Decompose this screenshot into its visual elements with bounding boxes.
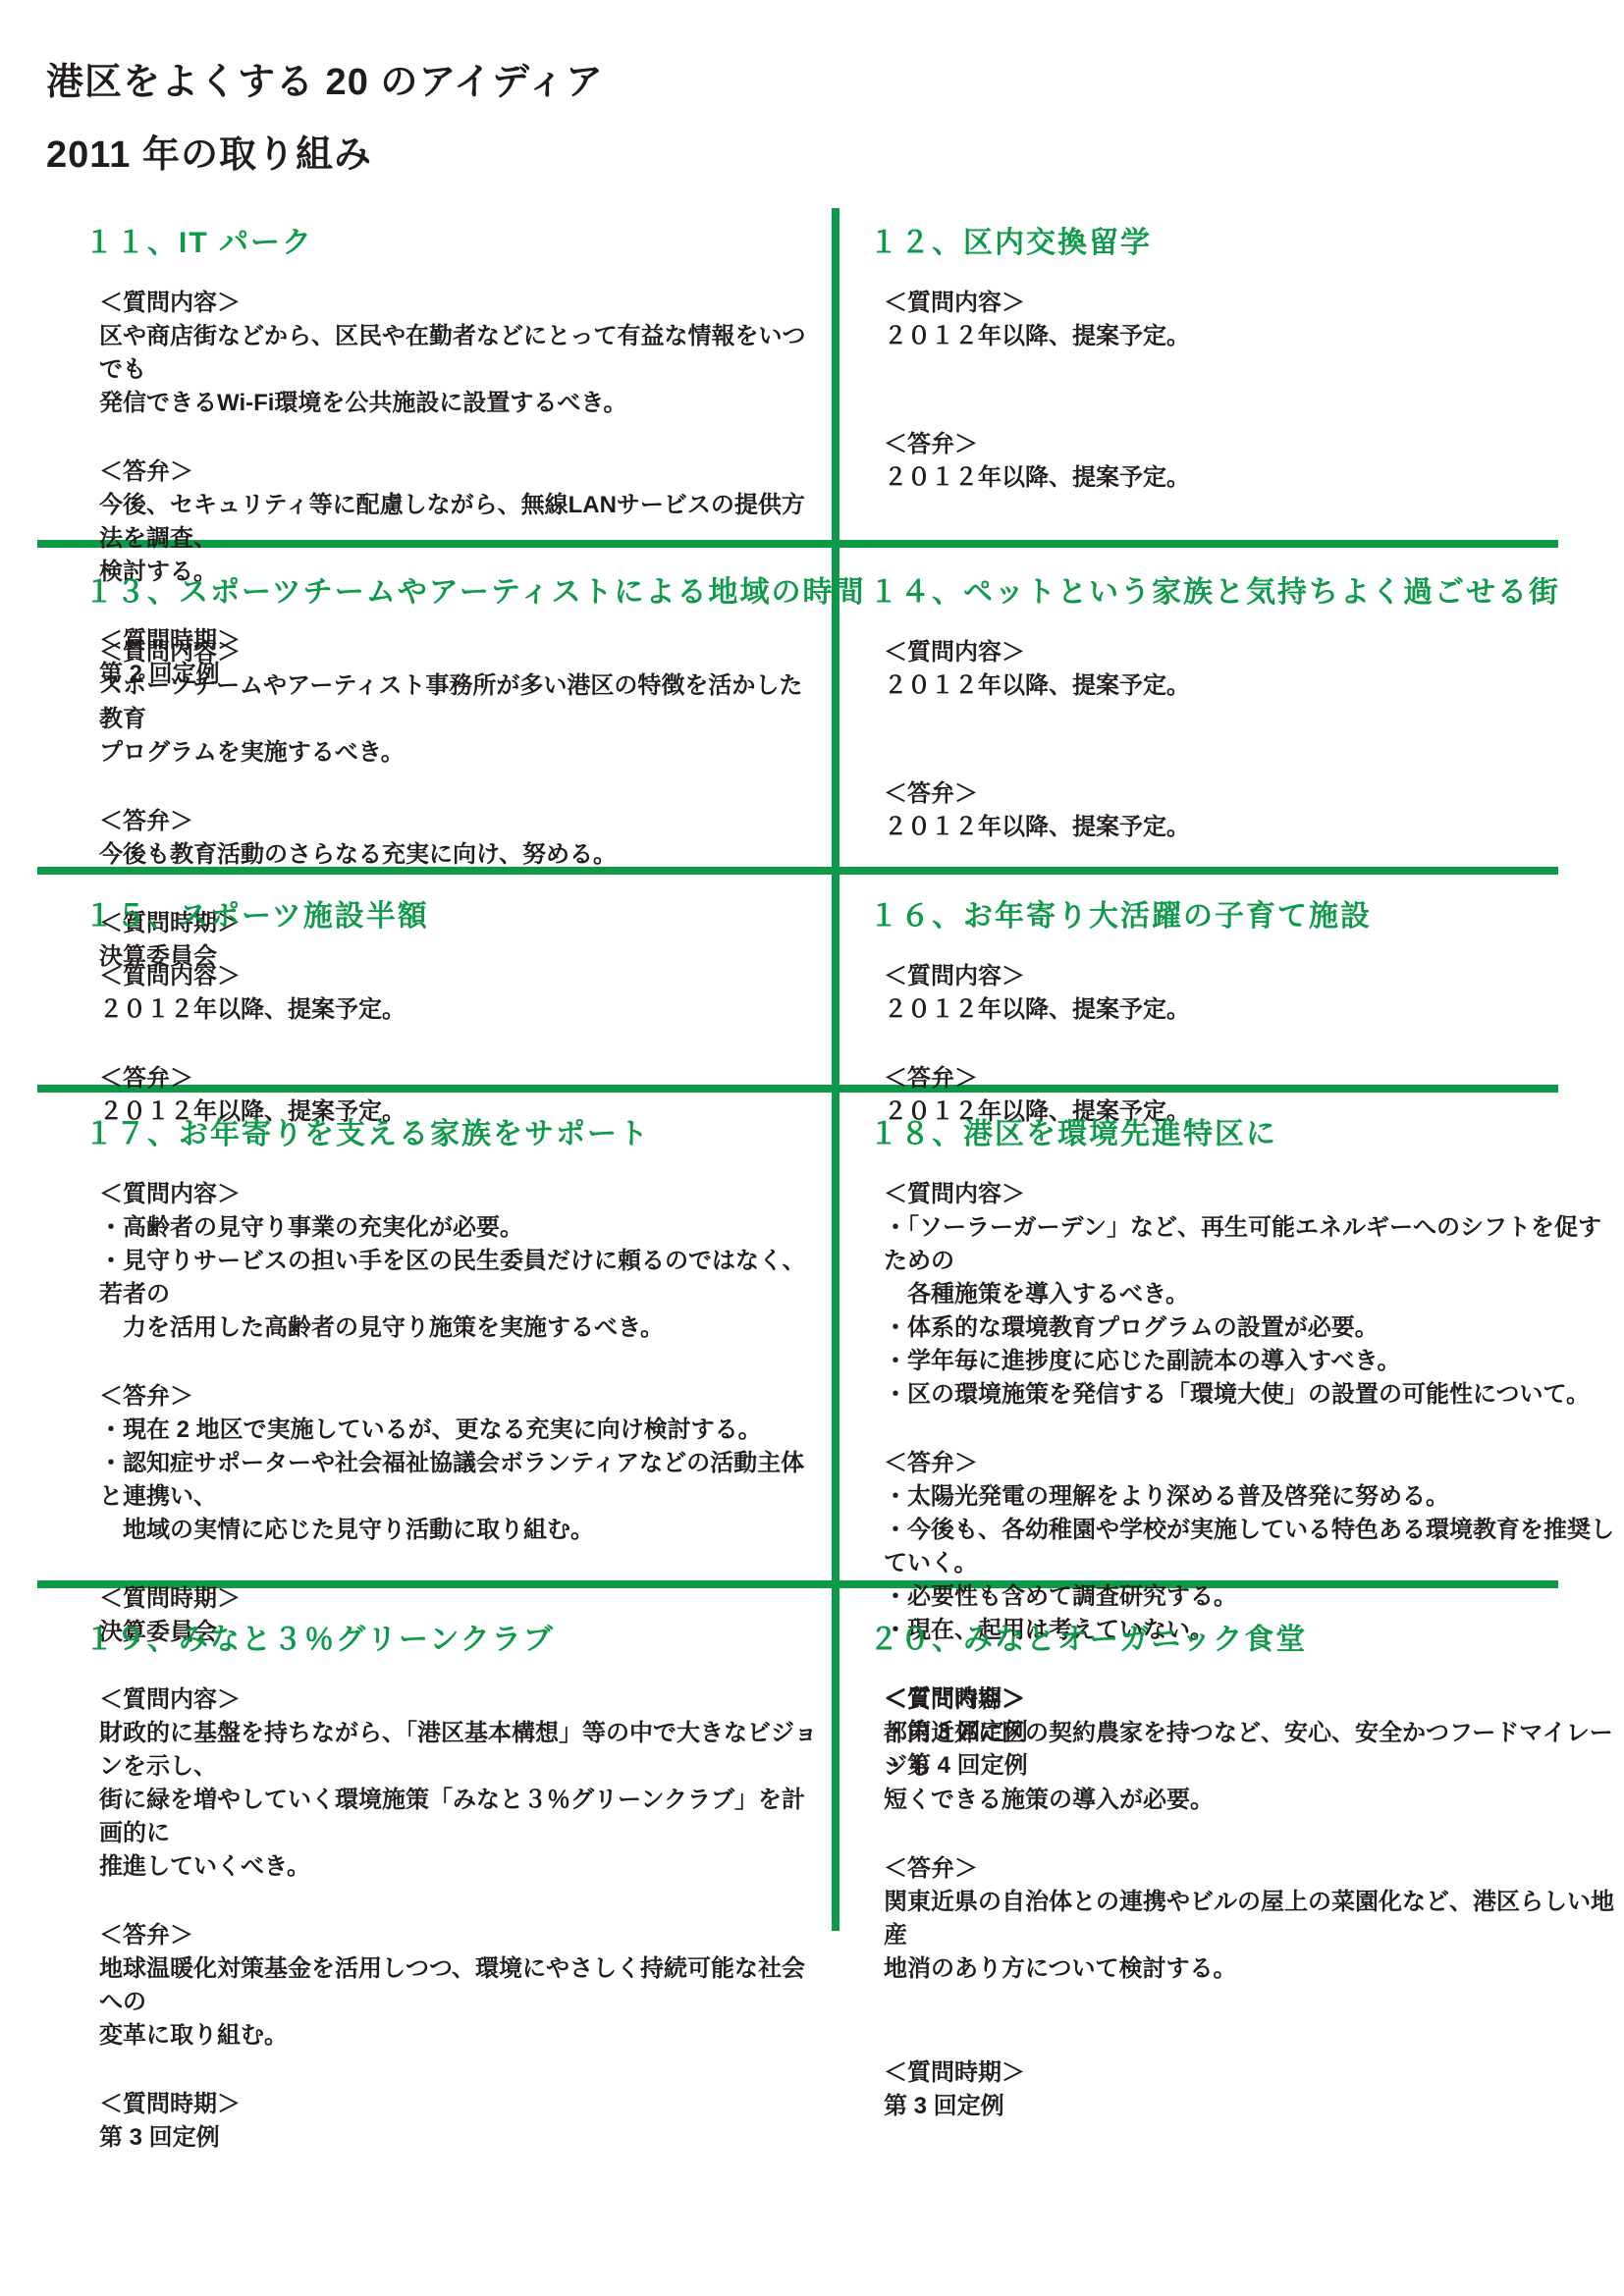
answer-text: 関東近県の自治体との連携やビルの屋上の菜園化など、港区らしい地産 地消のあり方に… [884, 1886, 1617, 1986]
answer-label: ＜答弁＞ [884, 428, 1617, 461]
answer-block: ＜答弁＞ ２０１２年以降、提案予定。 [884, 428, 1617, 495]
answer-text: ２０１２年以降、提案予定。 [884, 811, 1617, 844]
question-label: ＜質問内容＞ [884, 636, 1617, 669]
period-text: 第 3 回定例 [99, 2121, 819, 2155]
section-12: １２、区内交換留学 ＜質問内容＞ ２０１２年以降、提案予定。 ＜答弁＞ ２０１２… [869, 218, 1617, 530]
answer-text: ・現在 2 地区で実施しているが、更なる充実に向け検討する。 ・認知症サポーター… [99, 1414, 819, 1547]
answer-text: ２０１２年以降、提案予定。 [884, 461, 1617, 495]
question-text: スポーツチームやアーティスト事務所が多い港区の特徴を活かした教育 プログラムを実… [99, 669, 819, 770]
answer-label: ＜答弁＞ [99, 455, 819, 489]
question-label: ＜質問内容＞ [884, 1683, 1617, 1717]
answer-label: ＜答弁＞ [884, 1447, 1617, 1480]
question-text: ２０１２年以降、提案予定。 [884, 993, 1617, 1027]
question-block: ＜質問内容＞ スポーツチームやアーティスト事務所が多い港区の特徴を活かした教育 … [99, 636, 819, 770]
answer-label: ＜答弁＞ [884, 1852, 1617, 1886]
section-19-heading: １９、みなと３％グリーンクラブ [84, 1615, 819, 1658]
question-block: ＜質問内容＞ 都内近郊に区の契約農家を持つなど、安心、安全かつフードマイレージも… [884, 1683, 1617, 1817]
section-20-heading: ２０、みなとオーガニック食堂 [869, 1615, 1617, 1658]
answer-label: ＜答弁＞ [99, 1062, 819, 1095]
question-text: ・高齢者の見守り事業の充実化が必要。 ・見守りサービスの担い手を区の民生委員だけ… [99, 1211, 819, 1345]
question-text: 都内近郊に区の契約農家を持つなど、安心、安全かつフードマイレージも 短くできる施… [884, 1717, 1617, 1817]
section-11-heading: １１、IT パーク [84, 218, 819, 261]
answer-label: ＜答弁＞ [99, 1380, 819, 1414]
answer-block: ＜答弁＞ 関東近県の自治体との連携やビルの屋上の菜園化など、港区らしい地産 地消… [884, 1852, 1617, 1986]
section-13-heading: １３、スポーツチームやアーティストによる地域の時間 [84, 567, 819, 611]
answer-text: 地球温暖化対策基金を活用しつつ、環境にやさしく持続可能な社会への 変革に取り組む… [99, 1952, 819, 2053]
question-text: ２０１２年以降、提案予定。 [884, 669, 1617, 703]
section-20: ２０、みなとオーガニック食堂 ＜質問内容＞ 都内近郊に区の契約農家を持つなど、安… [869, 1615, 1617, 2159]
question-label: ＜質問内容＞ [99, 960, 819, 993]
question-text: ２０１２年以降、提案予定。 [884, 320, 1617, 353]
page-title: 港区をよくする 20 のアイディア [46, 51, 604, 105]
question-text: ・「ソーラーガーデン」など、再生可能エネルギーへのシフトを促すための 各種施策を… [884, 1211, 1617, 1412]
period-text: 第 3 回定例 [884, 2090, 1617, 2123]
question-label: ＜質問内容＞ [99, 1178, 819, 1211]
period-label: ＜質問時期＞ [99, 1582, 819, 1616]
question-label: ＜質問内容＞ [884, 1178, 1617, 1211]
section-17-heading: １７、お年寄りを支える家族をサポート [84, 1109, 819, 1152]
period-label: ＜質問時期＞ [884, 2056, 1617, 2090]
page-subtitle: 2011 年の取り組み [46, 124, 372, 178]
answer-label: ＜答弁＞ [99, 805, 819, 838]
section-14: １４、ペットという家族と気持ちよく過ごせる街 ＜質問内容＞ ２０１２年以降、提案… [869, 567, 1617, 880]
period-label: ＜質問時期＞ [99, 2088, 819, 2121]
answer-block: ＜答弁＞ ・現在 2 地区で実施しているが、更なる充実に向け検討する。 ・認知症… [99, 1380, 819, 1547]
answer-block: ＜答弁＞ 今後も教育活動のさらなる充実に向け、努める。 [99, 805, 819, 872]
vertical-divider [832, 208, 839, 1931]
page: { "colors": { "accent_green": "#0c9a49",… [0, 0, 1624, 2296]
question-label: ＜質問内容＞ [99, 287, 819, 320]
question-block: ＜質問内容＞ 財政的に基盤を持ちながら、「港区基本構想」等の中で大きなビジョンを… [99, 1683, 819, 1884]
section-16-heading: １６、お年寄り大活躍の子育て施設 [869, 891, 1617, 934]
question-block: ＜質問内容＞ ・「ソーラーガーデン」など、再生可能エネルギーへのシフトを促すため… [884, 1178, 1617, 1412]
question-block: ＜質問内容＞ 区や商店街などから、区民や在勤者などにとって有益な情報をいつでも … [99, 287, 819, 420]
question-block: ＜質問内容＞ ２０１２年以降、提案予定。 [884, 960, 1617, 1027]
question-label: ＜質問内容＞ [884, 287, 1617, 320]
section-15-heading: １５、スポーツ施設半額 [84, 891, 819, 934]
answer-block: ＜答弁＞ ２０１２年以降、提案予定。 [884, 777, 1617, 844]
section-19: １９、みなと３％グリーンクラブ ＜質問内容＞ 財政的に基盤を持ちながら、「港区基… [84, 1615, 819, 2190]
answer-label: ＜答弁＞ [884, 1062, 1617, 1095]
period-block: ＜質問時期＞ 第 3 回定例 [99, 2088, 819, 2155]
answer-label: ＜答弁＞ [884, 777, 1617, 811]
question-block: ＜質問内容＞ ２０１２年以降、提案予定。 [884, 287, 1617, 353]
section-14-heading: １４、ペットという家族と気持ちよく過ごせる街 [869, 567, 1617, 611]
question-block: ＜質問内容＞ ２０１２年以降、提案予定。 [99, 960, 819, 1027]
question-text: 区や商店街などから、区民や在勤者などにとって有益な情報をいつでも 発信できるWi… [99, 320, 819, 420]
answer-label: ＜答弁＞ [99, 1919, 819, 1952]
period-block: ＜質問時期＞ 第 3 回定例 [884, 2056, 1617, 2123]
question-text: 財政的に基盤を持ちながら、「港区基本構想」等の中で大きなビジョンを示し、 街に緑… [99, 1717, 819, 1884]
question-block: ＜質問内容＞ ・高齢者の見守り事業の充実化が必要。 ・見守りサービスの担い手を区… [99, 1178, 819, 1345]
answer-text: 今後も教育活動のさらなる充実に向け、努める。 [99, 838, 819, 872]
question-label: ＜質問内容＞ [99, 636, 819, 669]
question-block: ＜質問内容＞ ２０１２年以降、提案予定。 [884, 636, 1617, 703]
answer-block: ＜答弁＞ 地球温暖化対策基金を活用しつつ、環境にやさしく持続可能な社会への 変革… [99, 1919, 819, 2053]
question-text: ２０１２年以降、提案予定。 [99, 993, 819, 1027]
section-18-heading: １８、港区を環境先進特区に [869, 1109, 1617, 1152]
question-label: ＜質問内容＞ [884, 960, 1617, 993]
section-17: １７、お年寄りを支える家族をサポート ＜質問内容＞ ・高齢者の見守り事業の充実化… [84, 1109, 819, 1684]
section-12-heading: １２、区内交換留学 [869, 218, 1617, 261]
question-label: ＜質問内容＞ [99, 1683, 819, 1717]
